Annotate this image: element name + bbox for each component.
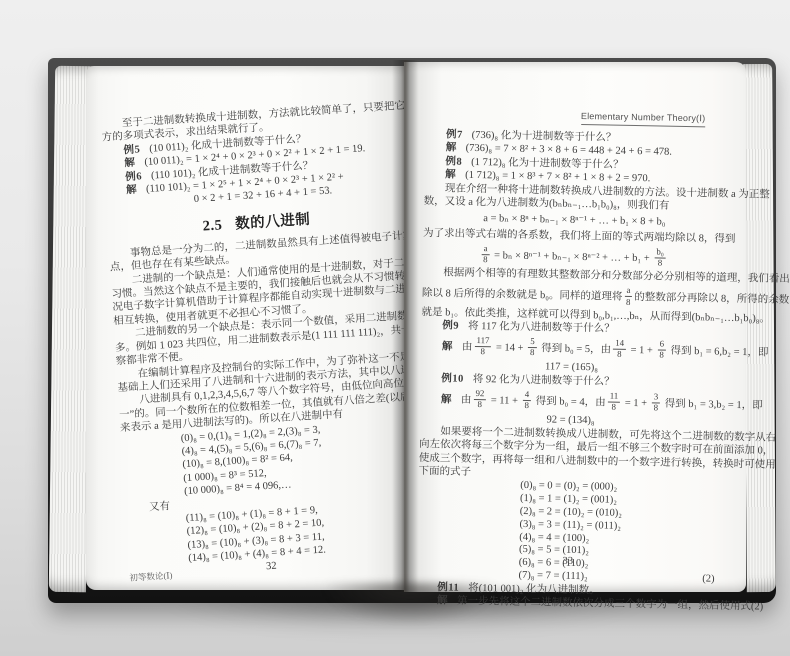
page-number: 32 [266, 561, 277, 573]
fraction: a8 [481, 244, 489, 265]
page-edge-stack-right [743, 64, 776, 592]
open-book-photo: 至于二进制数转换成十进制数，方法就比较简单了，只要把它用 2 的乘次 方的多项式… [0, 0, 790, 656]
left-page-content: 至于二进制数转换成十进制数，方法就比较简单了，只要把它用 2 的乘次 方的多项式… [101, 100, 428, 588]
solution-line: 解由1178 = 14 + 58 得到 b₀ = 5，由148 = 1 + 68… [421, 335, 723, 362]
example-label: 例9 [442, 320, 459, 331]
example-text: 将 92 化为八进制数等于什么？ [473, 374, 615, 388]
fraction: 48 [522, 390, 531, 411]
example-label: 例10 [441, 373, 464, 384]
solution-label: 解 [126, 185, 138, 197]
solution-line: 解由928 = 11 + 48 得到 b₀ = 4，由118 = 1 + 38 … [420, 388, 722, 415]
display-equation: a8 = bₙ × 8ⁿ⁻¹ + bₙ₋₁ × 8ⁿ⁻² + … + b₁ + … [423, 243, 725, 270]
fraction: 148 [613, 339, 626, 360]
fraction: 68 [657, 339, 666, 360]
left-page: 至于二进制数转换成十进制数，方法就比较简单了，只要把它用 2 的乘次 方的多项式… [86, 66, 404, 590]
fraction: 118 [607, 391, 620, 412]
running-header: Elementary Number Theory(Ⅰ) [581, 111, 706, 127]
example-text: 将 117 化为八进制数等于什么？ [468, 321, 615, 335]
fraction: 1178 [474, 336, 491, 357]
fraction: 928 [473, 389, 486, 410]
page-number: 33 [562, 556, 573, 567]
text-line: 除以 8 后所得的余数就是 b₀。同样的道理将a8的整数部分再除以 8，所得的余… [422, 282, 724, 309]
example-label: 例5 [123, 144, 140, 156]
fraction: a8 [624, 286, 632, 307]
example-text: (736)₈ 化为十进制数等于什么？ [472, 130, 617, 144]
right-page-content: Elementary Number Theory(Ⅰ) 例7(736)₈ 化为十… [416, 82, 727, 584]
book-spine-gutter [392, 60, 418, 592]
example-label: 例6 [125, 171, 142, 183]
fraction: 38 [652, 392, 661, 413]
equation-number: (2) [702, 573, 714, 586]
solution-label: 解 [441, 394, 452, 405]
section-number: 2.5 [202, 217, 223, 234]
right-page: Elementary Number Theory(Ⅰ) 例7(736)₈ 化为十… [404, 62, 746, 592]
solution-label: 解 [445, 170, 456, 181]
solution-label: 解 [442, 341, 453, 352]
section-title: 数的八进制 [235, 212, 311, 233]
solution-label: 解 [446, 143, 457, 154]
solution-label: 解 [124, 158, 136, 170]
example-label: 例7 [446, 129, 463, 140]
right-page-body: 例7(736)₈ 化为十进制数等于什么？ 解(736)₈ = 7 × 8² + … [416, 128, 727, 613]
book-title-footer: 初等数论(Ⅰ) [129, 569, 173, 584]
fraction: 58 [528, 337, 537, 358]
example-text: (1 712)₈ 化为十进制数等于什么？ [471, 157, 624, 171]
fraction: b₀8 [654, 247, 666, 268]
gutter-bottom-shadow [322, 583, 498, 627]
example-label: 例8 [445, 156, 462, 167]
